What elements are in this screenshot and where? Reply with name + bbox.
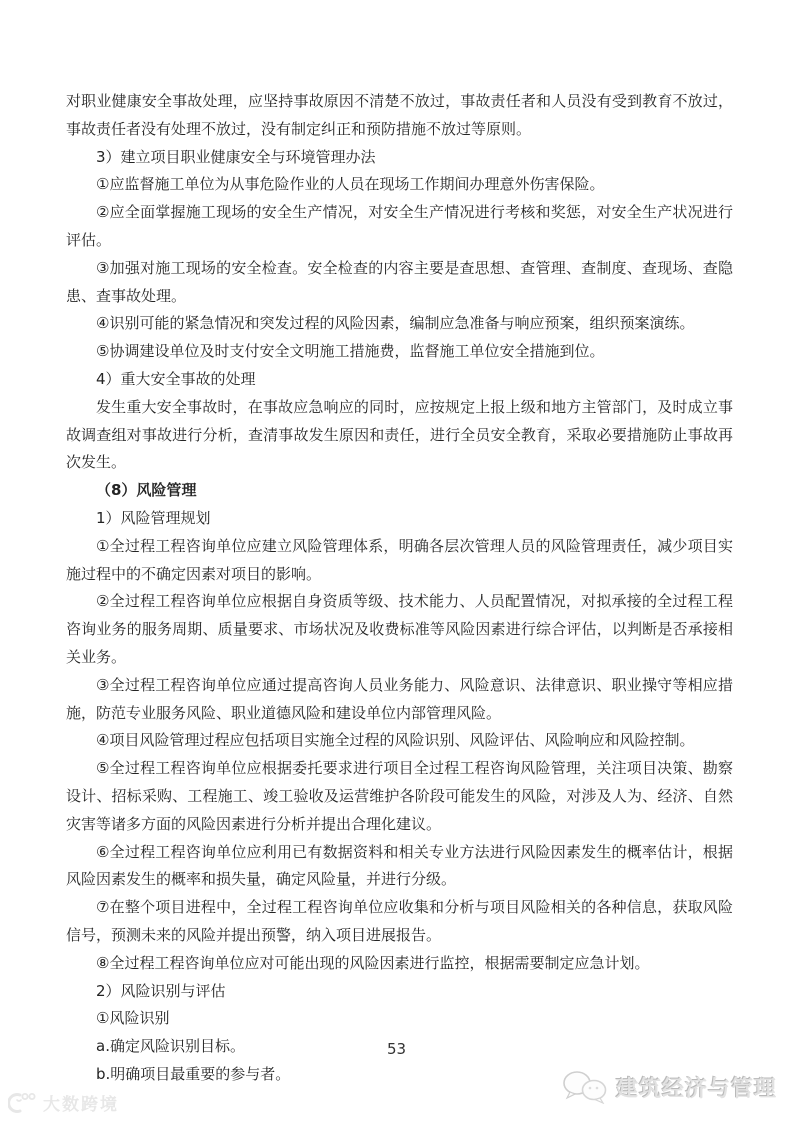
dashu-kuajing-logo-icon: [8, 1092, 38, 1114]
paragraph: 3）建立项目职业健康安全与环境管理办法: [66, 144, 733, 172]
paragraph: （8）风险管理: [66, 477, 733, 505]
watermark: 大数跨境: [8, 1090, 119, 1115]
paragraph: ⑧全过程工程咨询单位应对可能出现的风险因素进行监控，根据需要制定应急计划。: [66, 950, 733, 978]
paragraph: ④项目风险管理过程应包括项目实施全过程的风险识别、风险评估、风险响应和风险控制。: [66, 727, 733, 755]
document-body-text: 对职业健康安全事故处理，应坚持事故原因不清楚不放过，事故责任者和人员没有受到教育…: [66, 88, 733, 1089]
page-number: 53: [0, 1040, 793, 1058]
paragraph: 发生重大安全事故时，在事故应急响应的同时，应按规定上报上级和地方主管部门，及时成…: [66, 394, 733, 477]
chat-bubbles-icon: [562, 1070, 608, 1104]
paragraph: ④识别可能的紧急情况和突发过程的风险因素，编制应急准备与响应预案，组织预案演练。: [66, 310, 733, 338]
document-page: 对职业健康安全事故处理，应坚持事故原因不清楚不放过，事故责任者和人员没有受到教育…: [0, 0, 793, 1122]
watermark-label: 大数跨境: [43, 1090, 119, 1115]
paragraph: ①应监督施工单位为从事危险作业的人员在现场工作期间办理意外伤害保险。: [66, 171, 733, 199]
paragraph: ②全过程工程咨询单位应根据自身资质等级、技术能力、人员配置情况，对拟承接的全过程…: [66, 588, 733, 671]
paragraph: ③加强对施工现场的安全检查。安全检查的内容主要是查思想、查管理、查制度、查现场、…: [66, 255, 733, 311]
footer-brand: 建筑经济与管理: [562, 1070, 777, 1104]
paragraph: 2）风险识别与评估: [66, 978, 733, 1006]
paragraph: ⑤全过程工程咨询单位应根据委托要求进行项目全过程工程咨询风险管理，关注项目决策、…: [66, 755, 733, 838]
paragraph: 1）风险管理规划: [66, 505, 733, 533]
paragraph: ⑤协调建设单位及时支付安全文明施工措施费，监督施工单位安全措施到位。: [66, 338, 733, 366]
paragraph: 4）重大安全事故的处理: [66, 366, 733, 394]
paragraph: ⑥全过程工程咨询单位应利用已有数据资料和相关专业方法进行风险因素发生的概率估计，…: [66, 839, 733, 895]
paragraph: ①风险识别: [66, 1005, 733, 1033]
paragraph: 对职业健康安全事故处理，应坚持事故原因不清楚不放过，事故责任者和人员没有受到教育…: [66, 88, 733, 144]
paragraph: ②应全面掌握施工现场的安全生产情况，对安全生产情况进行考核和奖惩，对安全生产状况…: [66, 199, 733, 255]
footer-brand-label: 建筑经济与管理: [616, 1072, 777, 1103]
paragraph: ①全过程工程咨询单位应建立风险管理体系，明确各层次管理人员的风险管理责任，减少项…: [66, 533, 733, 589]
paragraph: ⑦在整个项目进程中，全过程工程咨询单位应收集和分析与项目风险相关的各种信息，获取…: [66, 894, 733, 950]
paragraph: ③全过程工程咨询单位应通过提高咨询人员业务能力、风险意识、法律意识、职业操守等相…: [66, 672, 733, 728]
